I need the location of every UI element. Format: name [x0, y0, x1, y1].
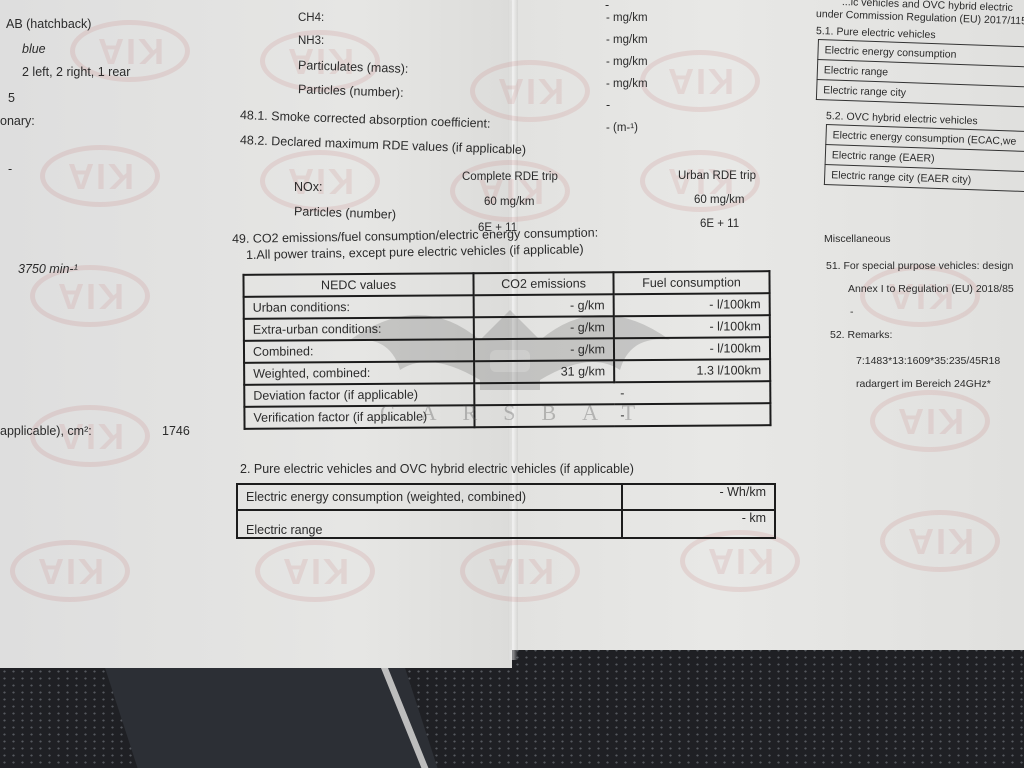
- remarks-line1: 7:1483*13:1609*35:235/45R18: [856, 355, 1000, 367]
- kia-watermark-icon: KIA: [860, 265, 980, 327]
- ev-table: Electric energy consumption (weighted, c…: [236, 483, 776, 539]
- kia-watermark-icon: KIA: [450, 160, 570, 222]
- pure-ev-table: Electric energy consumption Electric ran…: [816, 39, 1024, 108]
- co2-value: 31 g/km: [474, 360, 614, 383]
- co2-value: - g/km: [474, 294, 614, 317]
- seats-value: 5: [8, 91, 15, 105]
- co2-value: - g/km: [474, 338, 614, 361]
- colour-value: blue: [22, 42, 46, 56]
- table-row: Electric range - km: [237, 510, 775, 538]
- kia-watermark-icon: KIA: [680, 530, 800, 592]
- emission-value-pn: - mg/km: [606, 78, 648, 90]
- row-label: Electric energy consumption (weighted, c…: [237, 484, 622, 510]
- section-52-title: 52. Remarks:: [830, 329, 892, 341]
- row-label: Weighted, combined:: [244, 361, 474, 385]
- emission-label-ch4: CH4:: [298, 12, 324, 24]
- section-51-line2: Annex I to Regulation (EU) 2018/85: [848, 283, 1014, 295]
- section-51-value: -: [850, 306, 854, 318]
- miscellaneous-title: Miscellaneous: [824, 233, 891, 245]
- ovc-hybrid-table: Electric energy consumption (ECAC,we Ele…: [824, 124, 1024, 193]
- table-row: Electric energy consumption (weighted, c…: [237, 484, 775, 510]
- displacement-label: applicable), cm²:: [0, 424, 92, 438]
- row-label: Electric range: [237, 510, 622, 538]
- rde-nox-complete: 60 mg/km: [484, 196, 535, 208]
- carsbat-watermark-text: CARSBAT: [380, 400, 661, 426]
- stationary-value: -: [8, 162, 12, 176]
- header-fuel-consumption: Fuel consumption: [613, 271, 769, 294]
- section-49-sub2-title: 2. Pure electric vehicles and OVC hybrid…: [240, 462, 634, 476]
- kia-watermark-icon: KIA: [255, 540, 375, 602]
- kia-watermark-icon: KIA: [10, 540, 130, 602]
- stationary-label: onary:: [0, 114, 35, 128]
- row-label: Combined:: [244, 339, 474, 363]
- displacement-value: 1746: [162, 424, 190, 438]
- remarks-line2: radargert im Bereich 24GHz*: [856, 378, 991, 390]
- kia-watermark-icon: KIA: [460, 540, 580, 602]
- kia-watermark-icon: KIA: [40, 145, 160, 207]
- rde-nox-urban: 60 mg/km: [694, 194, 745, 206]
- emission-value-pm-mass: - mg/km: [606, 56, 648, 68]
- rde-pn-urban: 6E + 11: [700, 218, 739, 230]
- rde-row-nox-label: NOx:: [294, 180, 322, 194]
- body-type-value: AB (hatchback): [6, 17, 91, 31]
- kia-watermark-icon: KIA: [870, 390, 990, 452]
- fuel-value: - l/100km: [614, 315, 770, 338]
- emission-label-nh3: NH3:: [298, 35, 324, 47]
- emission-top-dash: -: [605, 0, 609, 12]
- fuel-value: - l/100km: [614, 337, 770, 360]
- row-label: Extra-urban conditions:: [244, 317, 474, 341]
- kia-watermark-icon: KIA: [880, 510, 1000, 572]
- co2-value: - g/km: [474, 316, 614, 339]
- ev-energy-value: - Wh/km: [622, 484, 775, 510]
- fuel-value: - l/100km: [614, 293, 770, 316]
- emission-extra-dash: -: [606, 98, 610, 112]
- section-51-title: 51. For special purpose vehicles: design: [826, 260, 1013, 272]
- ev-range-value: - km: [622, 510, 775, 538]
- kia-watermark-icon: KIA: [640, 50, 760, 112]
- row-label: Urban conditions:: [244, 295, 474, 319]
- header-co2-emissions: CO2 emissions: [473, 272, 613, 295]
- emission-value-nh3: - mg/km: [606, 34, 648, 46]
- doors-value: 2 left, 2 right, 1 rear: [22, 65, 130, 79]
- rde-col-complete: Complete RDE trip: [462, 171, 558, 183]
- emission-value-ch4: - mg/km: [606, 12, 648, 24]
- fuel-value: 1.3 l/100km: [614, 359, 770, 382]
- engine-speed-value: 3750 min-¹: [18, 262, 78, 276]
- header-nedc-values: NEDC values: [243, 273, 473, 297]
- kia-watermark-icon: KIA: [470, 60, 590, 122]
- section-48-1-value: - (m-¹): [606, 122, 638, 134]
- rde-col-urban: Urban RDE trip: [678, 170, 756, 182]
